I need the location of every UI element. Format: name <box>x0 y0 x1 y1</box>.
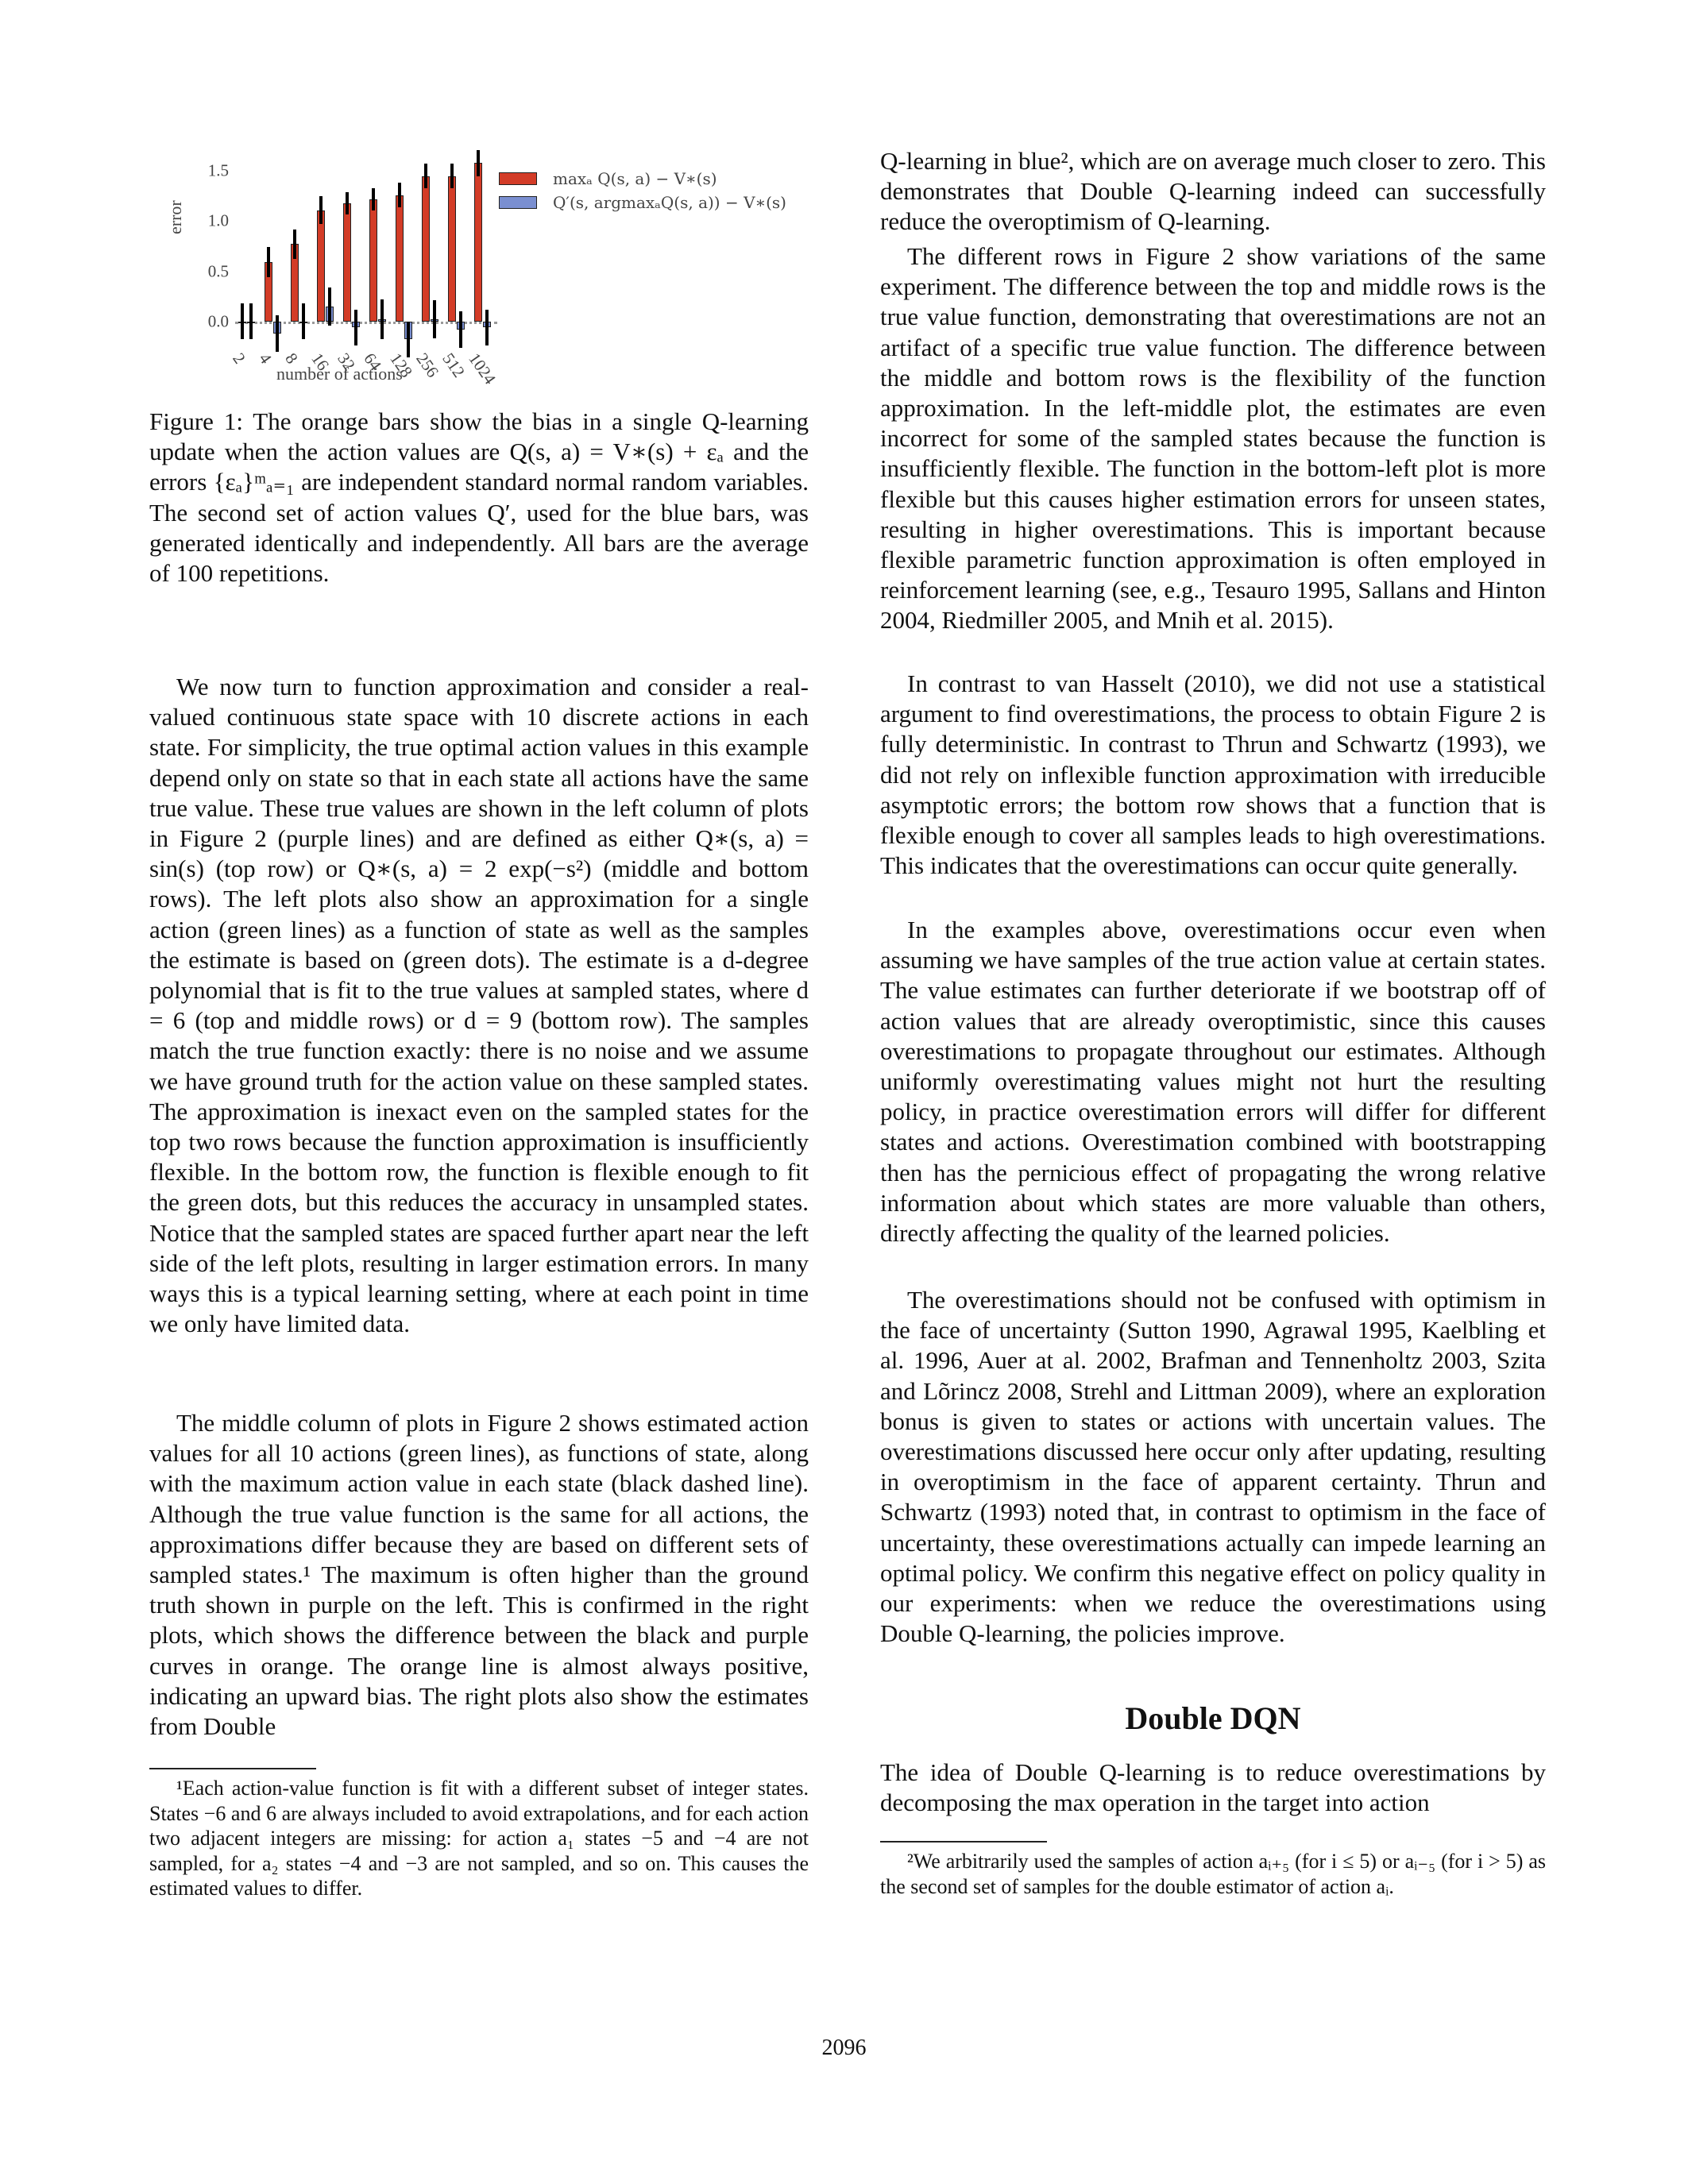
x-tick-label: 256 <box>412 349 443 381</box>
body-paragraph: Q-learning in blue², which are on averag… <box>880 146 1546 237</box>
error-bar <box>346 192 349 214</box>
body-paragraph: The overestimations should not be confus… <box>880 1285 1546 1649</box>
body-paragraph: The middle column of plots in Figure 2 s… <box>149 1408 809 1742</box>
body-paragraph: In contrast to van Hasselt (2010), we di… <box>880 669 1546 881</box>
footnote-2: ²We arbitrarily used the samples of acti… <box>880 1849 1546 1899</box>
footnote-block: ¹Each action-value function is fit with … <box>149 1768 809 1901</box>
legend-swatch-orange <box>499 172 537 185</box>
error-bar <box>450 164 454 187</box>
error-bar <box>372 188 375 210</box>
x-tick-label: 4 <box>255 349 276 368</box>
figure-1-bar-chart: error 0.00.51.01.5 number of actions max… <box>149 151 801 389</box>
bar-q-learning <box>317 210 325 322</box>
error-bar <box>276 315 279 351</box>
bar-q-learning <box>369 199 377 322</box>
bar-q-learning <box>474 163 482 322</box>
section-heading: Double DQN <box>880 1700 1546 1737</box>
bar-q-learning <box>448 176 456 322</box>
error-bar <box>328 287 331 326</box>
legend-swatch-blue <box>499 196 537 209</box>
bar-q-learning <box>422 176 430 322</box>
body-paragraph: We now turn to function approximation an… <box>149 672 809 1339</box>
error-bar <box>249 303 253 339</box>
error-bar <box>293 230 296 260</box>
y-tick-label: 1.0 <box>208 211 229 231</box>
error-bar <box>459 311 462 347</box>
y-tick-label: 0.5 <box>208 261 229 281</box>
error-bar <box>241 303 244 339</box>
error-bar <box>407 322 410 357</box>
y-tick-label: 0.0 <box>208 311 229 331</box>
chart-legend: maxₐ Q(s, a) − V∗(s) Q′(s, argmaxₐQ(s, a… <box>499 167 786 214</box>
error-bar <box>354 310 357 345</box>
error-bar <box>424 164 427 187</box>
figure-1-caption: Figure 1: The orange bars show the bias … <box>149 407 809 588</box>
footnote-1: ¹Each action-value function is fit with … <box>149 1776 809 1901</box>
bar-q-learning <box>343 203 351 322</box>
error-bar <box>398 183 401 206</box>
body-paragraph: The different rows in Figure 2 show vari… <box>880 241 1546 636</box>
legend-label: maxₐ Q(s, a) − V∗(s) <box>553 169 717 188</box>
footnote-rule <box>149 1768 316 1769</box>
page-number: 2096 <box>0 2035 1688 2061</box>
legend-item-q-learning: maxₐ Q(s, a) − V∗(s) <box>499 167 786 191</box>
error-bar <box>319 196 323 224</box>
x-tick-label: 2 <box>229 349 250 368</box>
y-tick-label: 1.5 <box>208 161 229 181</box>
body-paragraph: The idea of Double Q-learning is to redu… <box>880 1758 1546 1818</box>
error-bar <box>380 299 384 340</box>
error-bar <box>433 300 436 338</box>
bar-q-learning <box>396 195 404 322</box>
error-bar <box>485 310 489 345</box>
y-axis-ticks: 0.00.51.01.5 <box>191 151 229 341</box>
x-tick-label: 512 <box>438 349 469 381</box>
x-tick-label: 1024 <box>465 349 500 388</box>
legend-label: Q′(s, argmaxₐQ(s, a)) − V∗(s) <box>553 193 786 212</box>
error-bar <box>302 303 305 339</box>
legend-item-double-q-learning: Q′(s, argmaxₐQ(s, a)) − V∗(s) <box>499 191 786 214</box>
body-paragraph: In the examples above, overestimations o… <box>880 915 1546 1248</box>
plot-area <box>235 151 497 341</box>
footnote-rule <box>880 1841 1047 1843</box>
error-bar <box>477 150 480 176</box>
y-axis-label: error <box>165 200 186 234</box>
footnote-block: ²We arbitrarily used the samples of acti… <box>880 1841 1546 1899</box>
error-bar <box>267 247 270 277</box>
